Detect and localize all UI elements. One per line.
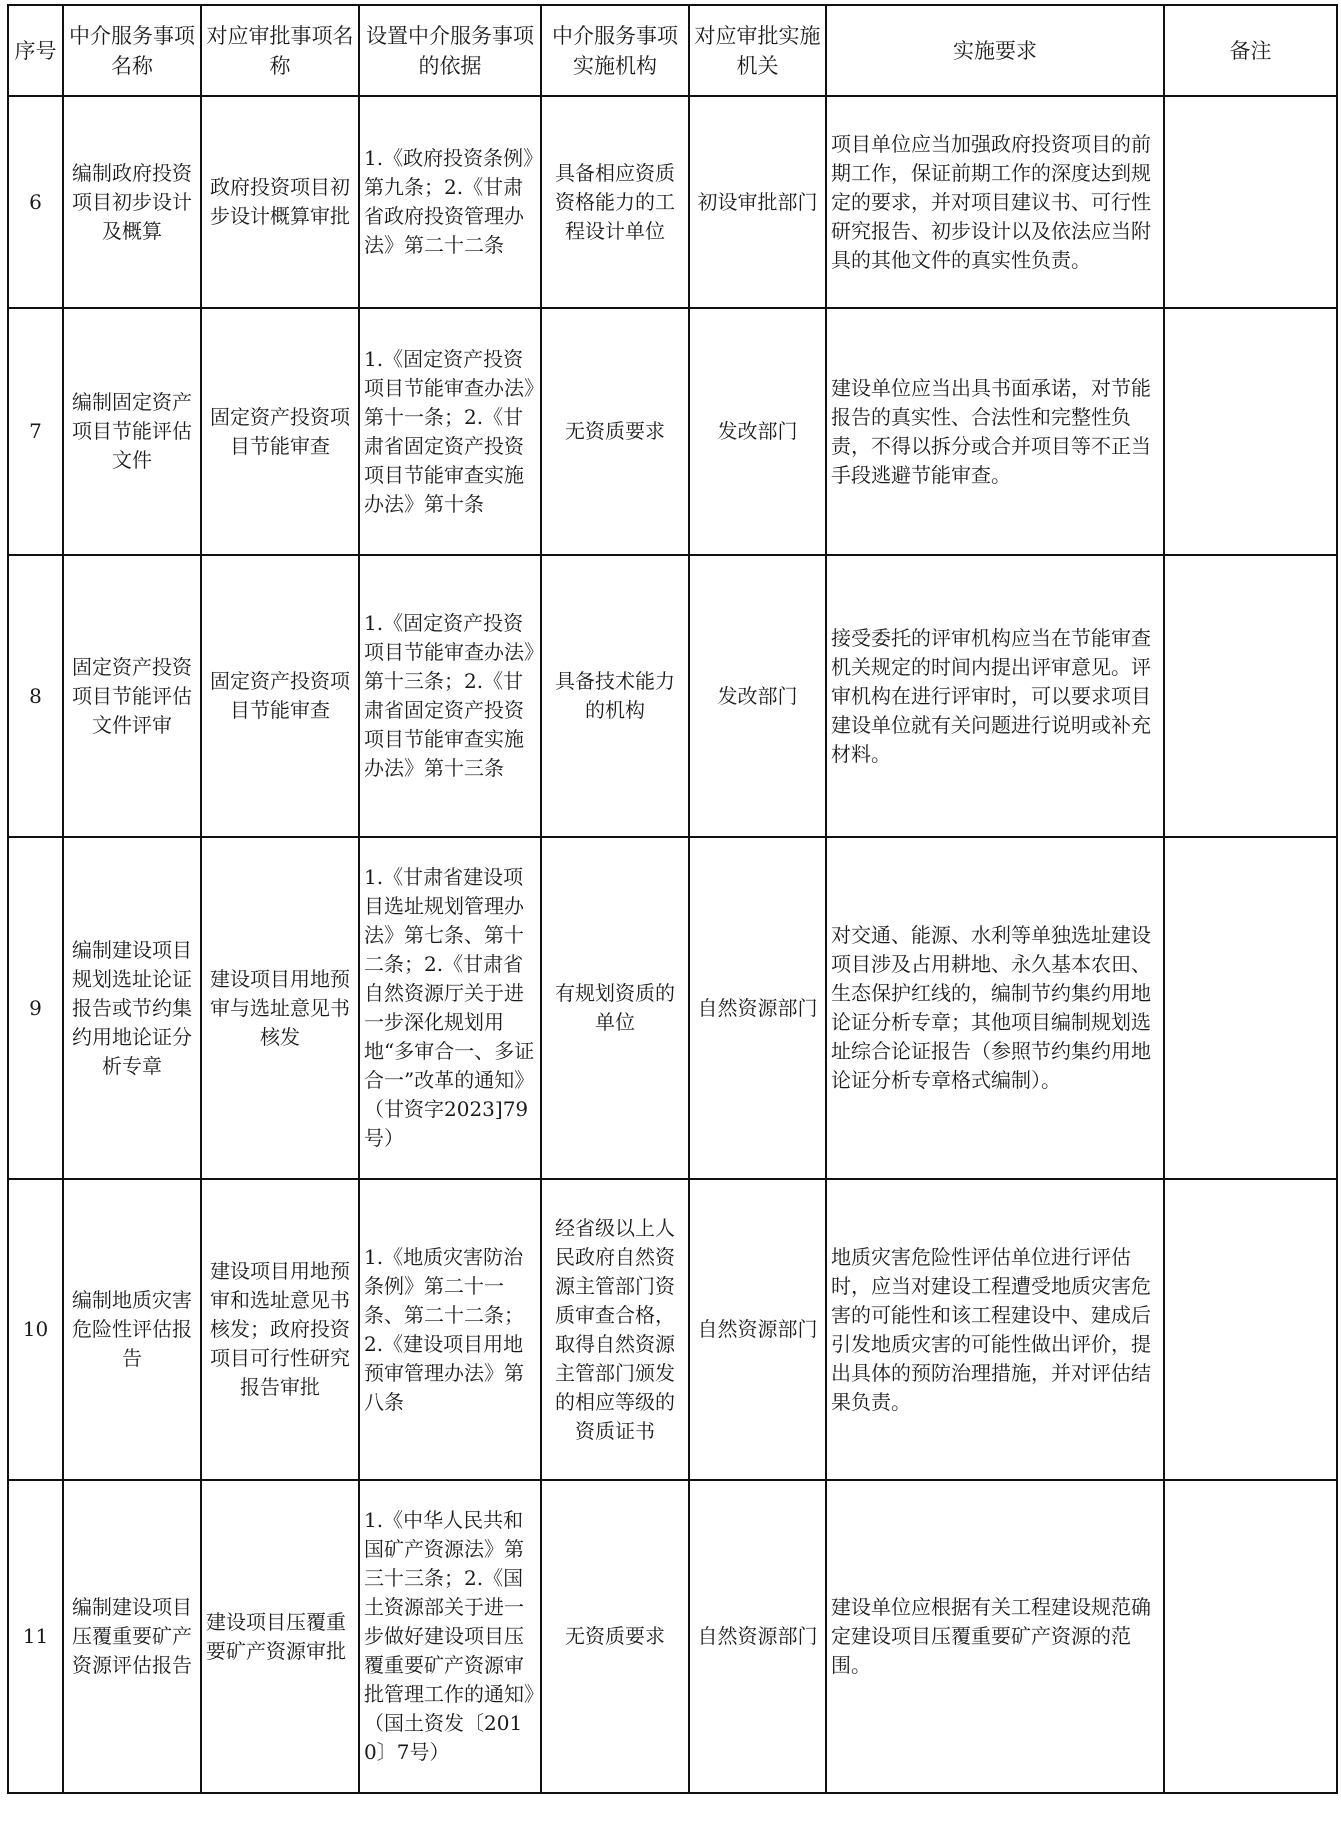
header-approval-name: 对应审批事项名称 xyxy=(201,5,359,96)
cell-basis: 1.《地质灾害防治条例》第二十一条、第二十二条；2.《建设项目用地预审管理办法》… xyxy=(359,1179,541,1480)
cell-service: 编制地质灾害危险性评估报告 xyxy=(63,1179,201,1480)
cell-service: 编制固定资产项目节能评估文件 xyxy=(63,308,201,555)
cell-approval: 固定资产投资项目节能审查 xyxy=(201,555,359,837)
cell-basis: 1.《中华人民共和国矿产资源法》第三十三条；2.《国土资源部关于进一步做好建设项… xyxy=(359,1480,541,1793)
cell-requirement: 对交通、能源、水利等单独选址建设项目涉及占用耕地、永久基本农田、生态保护红线的，… xyxy=(826,837,1164,1179)
table-row: 6 编制政府投资项目初步设计及概算 政府投资项目初步设计概算审批 1.《政府投资… xyxy=(8,96,1337,308)
cell-basis: 1.《固定资产投资项目节能审查办法》第十一条；2.《甘肃省固定资产投资项目节能审… xyxy=(359,308,541,555)
table-row: 10 编制地质灾害危险性评估报告 建设项目用地预审和选址意见书核发；政府投资项目… xyxy=(8,1179,1337,1480)
cell-basis: 1.《政府投资条例》第九条；2.《甘肃省政府投资管理办法》第二十二条 xyxy=(359,96,541,308)
cell-service: 编制建设项目规划选址论证报告或节约集约用地论证分析专章 xyxy=(63,837,201,1179)
cell-note xyxy=(1164,308,1337,555)
cell-requirement: 地质灾害危险性评估单位进行评估时，应当对建设工程遭受地质灾害危害的可能性和该工程… xyxy=(826,1179,1164,1480)
table-row: 11 编制建设项目压覆重要矿产资源评估报告 建设项目压覆重要矿产资源审批 1.《… xyxy=(8,1480,1337,1793)
header-note: 备注 xyxy=(1164,5,1337,96)
cell-provider: 有规划资质的单位 xyxy=(541,837,689,1179)
cell-provider: 无资质要求 xyxy=(541,308,689,555)
cell-provider: 具备技术能力的机构 xyxy=(541,555,689,837)
header-requirement: 实施要求 xyxy=(826,5,1164,96)
cell-approval: 固定资产投资项目节能审查 xyxy=(201,308,359,555)
table-row: 7 编制固定资产项目节能评估文件 固定资产投资项目节能审查 1.《固定资产投资项… xyxy=(8,308,1337,555)
table-row: 9 编制建设项目规划选址论证报告或节约集约用地论证分析专章 建设项目用地预审与选… xyxy=(8,837,1337,1179)
cell-requirement: 建设单位应根据有关工程建设规范确定建设项目压覆重要矿产资源的范围。 xyxy=(826,1480,1164,1793)
table-row: 8 固定资产投资项目节能评估文件评审 固定资产投资项目节能审查 1.《固定资产投… xyxy=(8,555,1337,837)
cell-approval: 政府投资项目初步设计概算审批 xyxy=(201,96,359,308)
cell-requirement: 项目单位应当加强政府投资项目的前期工作，保证前期工作的深度达到规定的要求，并对项… xyxy=(826,96,1164,308)
cell-no: 9 xyxy=(8,837,63,1179)
cell-authority: 自然资源部门 xyxy=(689,1480,826,1793)
header-service-name: 中介服务事项名称 xyxy=(63,5,201,96)
cell-note xyxy=(1164,1179,1337,1480)
cell-provider: 无资质要求 xyxy=(541,1480,689,1793)
cell-note xyxy=(1164,837,1337,1179)
cell-authority: 自然资源部门 xyxy=(689,837,826,1179)
cell-authority: 发改部门 xyxy=(689,308,826,555)
cell-authority: 发改部门 xyxy=(689,555,826,837)
cell-no: 8 xyxy=(8,555,63,837)
table-header-row: 序号 中介服务事项名称 对应审批事项名称 设置中介服务事项的依据 中介服务事项实… xyxy=(8,5,1337,96)
cell-service: 编制建设项目压覆重要矿产资源评估报告 xyxy=(63,1480,201,1793)
cell-note xyxy=(1164,96,1337,308)
cell-note xyxy=(1164,555,1337,837)
cell-authority: 自然资源部门 xyxy=(689,1179,826,1480)
header-basis: 设置中介服务事项的依据 xyxy=(359,5,541,96)
cell-provider: 具备相应资质资格能力的工程设计单位 xyxy=(541,96,689,308)
cell-basis: 1.《甘肃省建设项目选址规划管理办法》第七条、第十二条；2.《甘肃省自然资源厅关… xyxy=(359,837,541,1179)
cell-basis: 1.《固定资产投资项目节能审查办法》第十三条；2.《甘肃省固定资产投资项目节能审… xyxy=(359,555,541,837)
cell-service: 编制政府投资项目初步设计及概算 xyxy=(63,96,201,308)
cell-authority: 初设审批部门 xyxy=(689,96,826,308)
intermediary-services-table: 序号 中介服务事项名称 对应审批事项名称 设置中介服务事项的依据 中介服务事项实… xyxy=(7,4,1338,1794)
header-no: 序号 xyxy=(8,5,63,96)
cell-approval: 建设项目用地预审和选址意见书核发；政府投资项目可行性研究报告审批 xyxy=(201,1179,359,1480)
cell-approval: 建设项目用地预审与选址意见书核发 xyxy=(201,837,359,1179)
cell-no: 6 xyxy=(8,96,63,308)
header-authority: 对应审批实施机关 xyxy=(689,5,826,96)
cell-note xyxy=(1164,1480,1337,1793)
cell-approval: 建设项目压覆重要矿产资源审批 xyxy=(201,1480,359,1793)
cell-provider: 经省级以上人民政府自然资源主管部门资质审查合格，取得自然资源主管部门颁发的相应等… xyxy=(541,1179,689,1480)
cell-no: 10 xyxy=(8,1179,63,1480)
cell-requirement: 接受委托的评审机构应当在节能审查机关规定的时间内提出评审意见。评审机构在进行评审… xyxy=(826,555,1164,837)
cell-no: 7 xyxy=(8,308,63,555)
cell-requirement: 建设单位应当出具书面承诺，对节能报告的真实性、合法性和完整性负责，不得以拆分或合… xyxy=(826,308,1164,555)
header-provider: 中介服务事项实施机构 xyxy=(541,5,689,96)
cell-service: 固定资产投资项目节能评估文件评审 xyxy=(63,555,201,837)
cell-no: 11 xyxy=(8,1480,63,1793)
